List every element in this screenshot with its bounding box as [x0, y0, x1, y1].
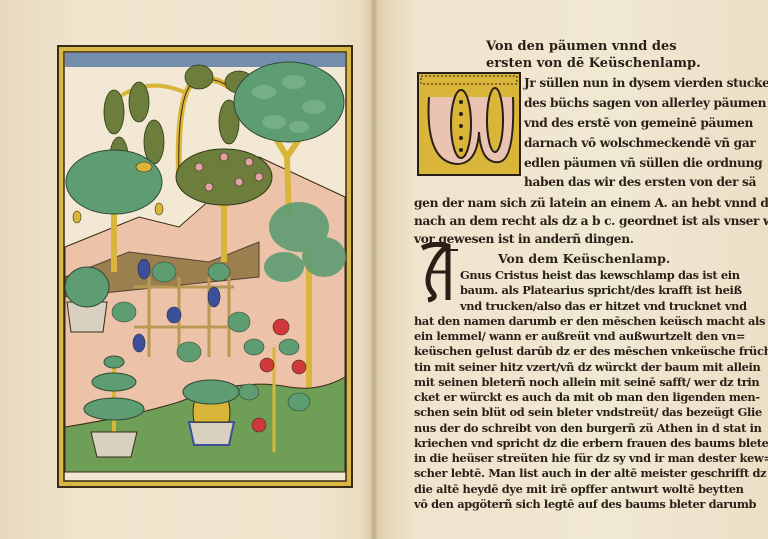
text-line: mit seinen bleterñ noch allein mit seinē… [414, 375, 759, 390]
garden-illustration-icon [59, 47, 351, 486]
text-line: kriechen vnd spricht dz die erbern fraue… [414, 436, 768, 451]
text-line: vnd trucken/also das er hitzet vnd truck… [460, 299, 747, 314]
heading-line-1: Von den päumen vnnd des [486, 38, 701, 55]
right-page: Von den päumen vnnd des ersten von dē Ke… [376, 0, 768, 539]
text-line: die altē heydē dye mit irē opffer antwur… [414, 482, 744, 497]
text-line: ein lemmel/ wann er außreüt vnd außwurtz… [414, 329, 745, 344]
text-line: hat den namen darumb er den mēschen keüs… [414, 314, 765, 329]
section-subheading: Von dem Keüschenlamp. [498, 251, 670, 266]
heading-line-2: ersten von dē Keüschenlamp. [486, 55, 701, 72]
left-page [0, 0, 372, 539]
text-line: cket er würckt es auch da mit ob man den… [414, 390, 760, 405]
text-line: keüschen gelust darūb dz er des mēschen … [414, 344, 768, 359]
blackletter-a-icon [418, 242, 460, 304]
text-line: gen der nam sich zü latein an einem A. a… [414, 196, 768, 211]
text-line: nus der do schreibt von den burgerñ zü A… [414, 421, 762, 436]
text-line: darnach vō wolschmeckendē vñ gar [524, 136, 755, 151]
initial-letter-a [418, 242, 460, 304]
chapter-heading: Von den päumen vnnd des ersten von dē Ke… [486, 38, 701, 72]
illuminated-letter-w-icon [417, 72, 521, 176]
text-line: Gnus Cristus heist das kewschlamp das is… [460, 268, 740, 283]
text-line: vnd des erstē von gemeinē päumen [524, 116, 753, 131]
text-line: tin mit seiner hitz vzert/vñ dz würckt d… [414, 360, 760, 375]
book-spread: Von den päumen vnnd des ersten von dē Ke… [0, 0, 768, 539]
text-line: vō den apgöterñ sich legtē auf des baums… [414, 497, 756, 512]
text-line: des büchs sagen von allerley päumen [524, 96, 766, 111]
text-line: baum. als Platearius spricht/des krafft … [460, 283, 742, 298]
text-line: Jr süllen nun in dysem vierden stucke [524, 76, 768, 91]
text-line: in die heüser streüten hie für dz sy vnd… [414, 451, 768, 466]
text-line: edlen päumen vñ süllen die ordnung [524, 156, 762, 171]
woodcut-illustration [57, 45, 353, 488]
text-line: scher lebtē. Man list auch in der altē m… [414, 466, 766, 481]
decorated-initial-w [417, 72, 521, 176]
text-line: nach an dem recht als dz a b c. geordnet… [414, 214, 768, 229]
text-line: schen sein blüt od sein bleter vndstreüt… [414, 405, 762, 420]
text-line: haben das wir des ersten von der sä [524, 175, 756, 190]
